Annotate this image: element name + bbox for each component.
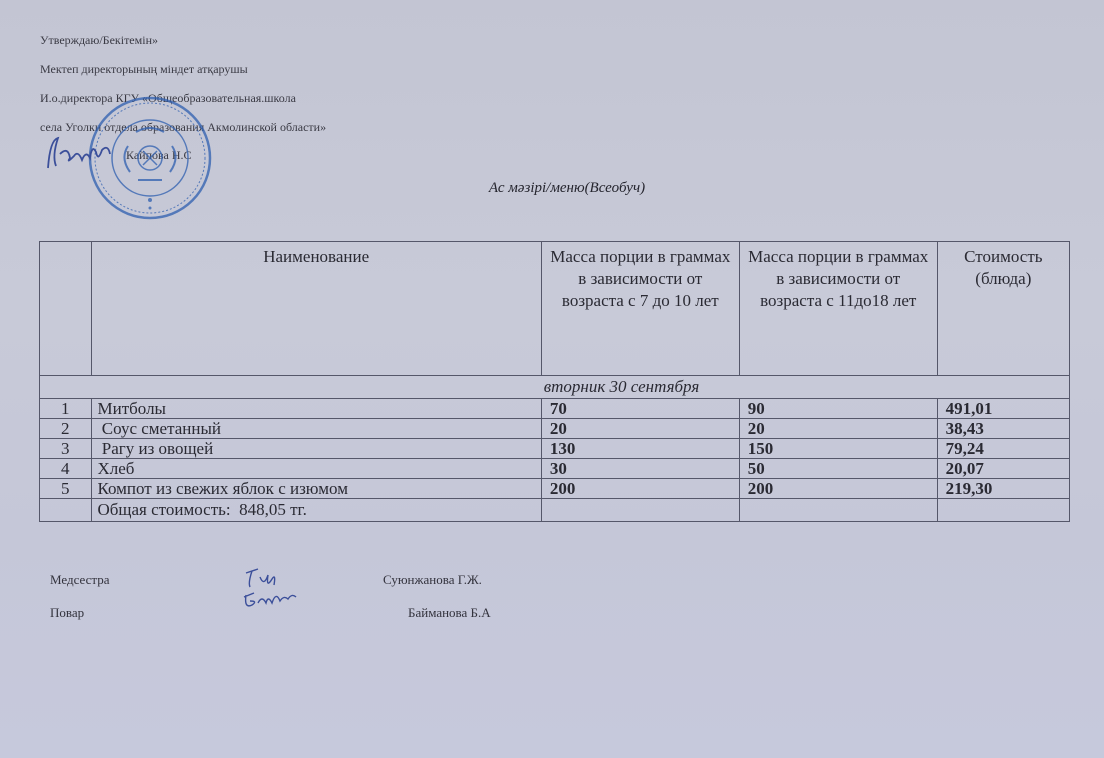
col-header-mass-7-10: Масса порции в граммах в зависимости от … [541,242,739,376]
row-number: 4 [40,459,92,479]
total-empty-cell [541,499,739,522]
total-empty-cell [40,499,92,522]
table-header-row: Наименование Масса порции в граммах в за… [40,242,1070,376]
dish-name: Хлеб [91,459,541,479]
col-header-name: Наименование [91,242,541,376]
dish-name: Рагу из овощей [91,439,541,459]
cook-name: Байманова Б.А [408,605,491,621]
table-row: 1 Митболы 70 90 491,01 [40,399,1070,419]
acting-director-kz-line: Мектеп директорының міндет атқарушы [40,62,248,77]
mass-11-18: 90 [739,399,937,419]
menu-table: Наименование Масса порции в граммах в за… [39,241,1070,522]
table-row: 2 Соус сметанный 20 20 38,43 [40,419,1070,439]
dish-cost: 79,24 [937,439,1069,459]
dish-cost: 20,07 [937,459,1069,479]
page-title: Ас мәзірі/меню(Всеобуч) [0,180,1104,197]
mass-11-18: 20 [739,419,937,439]
total-empty-cell [937,499,1069,522]
row-number: 5 [40,479,92,499]
table-row: 4 Хлеб 30 50 20,07 [40,459,1070,479]
row-number: 1 [40,399,92,419]
approval-line: Утверждаю/Бекітемін» [40,33,158,48]
dish-cost: 38,43 [937,419,1069,439]
total-row: Общая стоимость: 848,05 тг. [40,499,1070,522]
total-empty-cell [739,499,937,522]
dish-name: Митболы [91,399,541,419]
col-header-mass-11-18: Масса порции в граммах в зависимости от … [739,242,937,376]
table-row: 5 Компот из свежих яблок с изюмом 200 20… [40,479,1070,499]
row-number: 3 [40,439,92,459]
dish-name: Соус сметанный [91,419,541,439]
dish-cost: 219,30 [937,479,1069,499]
day-row: вторник 30 сентября [40,376,1070,399]
col-header-cost: Стоимость (блюда) [937,242,1069,376]
mass-7-10: 30 [541,459,739,479]
mass-7-10: 200 [541,479,739,499]
director-signature-icon [40,130,130,175]
dish-cost: 491,01 [937,399,1069,419]
mass-11-18: 200 [739,479,937,499]
row-number: 2 [40,419,92,439]
dish-name: Компот из свежих яблок с изюмом [91,479,541,499]
mass-7-10: 70 [541,399,739,419]
table-row: 3 Рагу из овощей 130 150 79,24 [40,439,1070,459]
day-label: вторник 30 сентября [40,376,1070,399]
cook-role: Повар [50,605,84,621]
total-cost: Общая стоимость: 848,05 тг. [91,499,541,522]
mass-7-10: 20 [541,419,739,439]
document-page: Утверждаю/Бекітемін» Мектеп директорының… [0,0,1104,758]
mass-7-10: 130 [541,439,739,459]
nurse-role: Медсестра [50,572,110,588]
col-header-number [40,242,92,376]
staff-signatures-icon [238,565,308,615]
mass-11-18: 150 [739,439,937,459]
nurse-name: Суюнжанова Г.Ж. [383,572,482,588]
mass-11-18: 50 [739,459,937,479]
